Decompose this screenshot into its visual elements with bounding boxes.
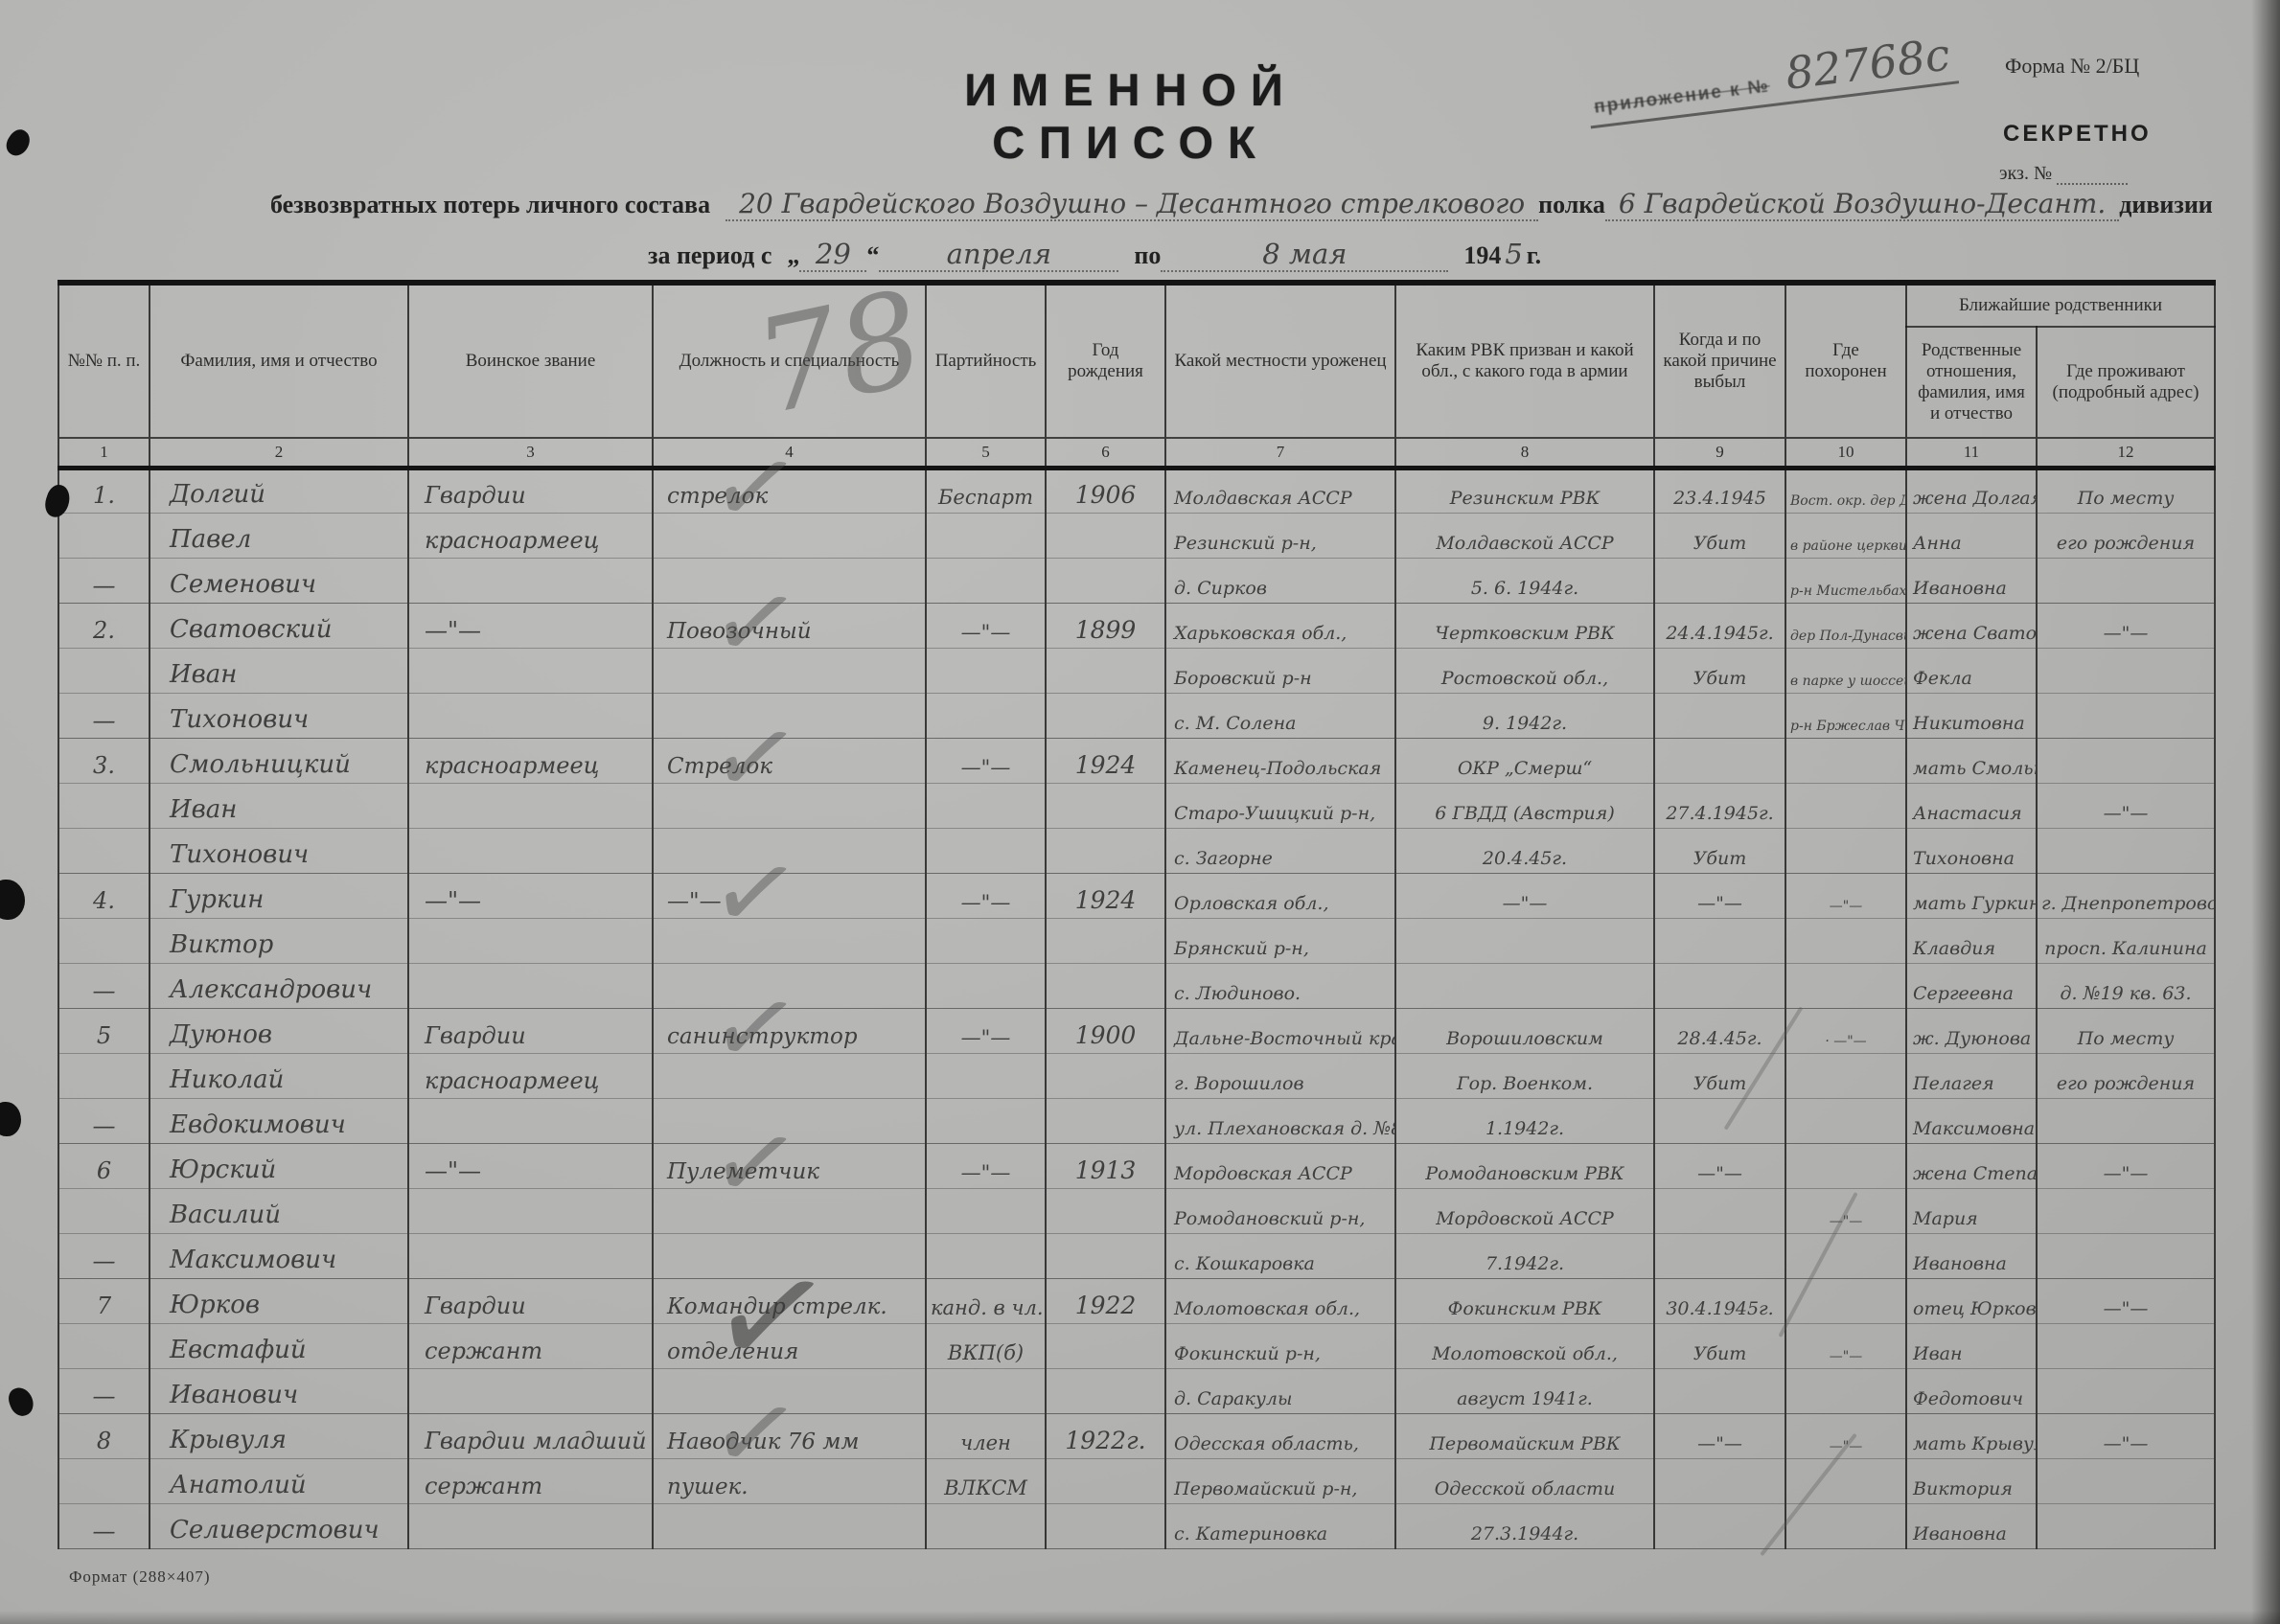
cell-num — [58, 514, 150, 559]
cell-address: его рождения — [2037, 514, 2215, 559]
cell-relative: жена Степанова — [1906, 1144, 2037, 1189]
secrecy-label: СЕКРЕТНО — [2003, 121, 2152, 148]
cell-casualty: 23.4.1945 — [1654, 469, 1785, 514]
cell-relative: жена Долгая — [1906, 469, 2037, 514]
page-title: ИМЕННОЙ СПИСОК — [805, 63, 1457, 169]
cell-rank: Гвардии — [408, 1009, 653, 1054]
cell-birth_year — [1046, 649, 1165, 694]
cell-party — [926, 559, 1046, 604]
cell-casualty — [1654, 964, 1785, 1009]
scanned-document-page: приложение к № 82768с Форма № 2/БЦ СЕКРЕ… — [0, 0, 2280, 1624]
cell-rank — [408, 1369, 653, 1414]
table-row-line: 8КрывуляГвардии младшийНаводчик 76 ммчле… — [58, 1414, 2215, 1459]
cell-party — [926, 1234, 1046, 1279]
cell-birth_year: 1899 — [1046, 604, 1165, 649]
cell-birthplace: Ромодановский р-н, — [1165, 1189, 1395, 1234]
cell-burial — [1785, 784, 1906, 829]
stamp-label: приложение к № — [1593, 76, 1771, 117]
cell-party: Беспарт — [926, 469, 1046, 514]
cell-birth_year — [1046, 784, 1165, 829]
cell-name: Крывуля — [150, 1414, 408, 1459]
table-row-line: 2.Сватовский—"—Повозочный—"—1899Харьковс… — [58, 604, 2215, 649]
cell-birthplace: Фокинский р-н, — [1165, 1324, 1395, 1369]
cell-casualty: 28.4.45г. — [1654, 1009, 1785, 1054]
cell-num: 3. — [58, 739, 150, 784]
cell-num — [58, 829, 150, 874]
cell-birthplace: г. Ворошилов — [1165, 1054, 1395, 1099]
cell-birthplace: Одесская область, — [1165, 1414, 1395, 1459]
cell-num: — — [58, 1504, 150, 1549]
cell-name: Василий — [150, 1189, 408, 1234]
cell-position — [653, 1504, 926, 1549]
cell-casualty — [1654, 1459, 1785, 1504]
cell-name: Семенович — [150, 559, 408, 604]
column-header: Партийность — [926, 283, 1046, 438]
cell-rank: —"— — [408, 874, 653, 919]
cell-address — [2037, 649, 2215, 694]
cell-num: — — [58, 964, 150, 1009]
cell-casualty: 30.4.1945г. — [1654, 1279, 1785, 1324]
table-row-line: —Евдокимовичул. Плехановская д. №81.1942… — [58, 1099, 2215, 1144]
cell-rank — [408, 919, 653, 964]
cell-address: его рождения — [2037, 1054, 2215, 1099]
cell-birth_year: 1922 — [1046, 1279, 1165, 1324]
cell-party — [926, 1054, 1046, 1099]
column-header: Где проживают (подробный адрес) — [2037, 327, 2215, 438]
cell-burial: · —"— — [1785, 1009, 1906, 1054]
cell-drafted: Резинским РВК — [1395, 469, 1654, 514]
cell-drafted: —"— — [1395, 874, 1654, 919]
cell-rank: —"— — [408, 1144, 653, 1189]
cell-burial — [1785, 1234, 1906, 1279]
cell-relative: Федотович — [1906, 1369, 2037, 1414]
cell-rank — [408, 784, 653, 829]
cell-num: 5 — [58, 1009, 150, 1054]
cell-num: — — [58, 1369, 150, 1414]
cell-birth_year — [1046, 1189, 1165, 1234]
cell-drafted: Ворошиловским — [1395, 1009, 1654, 1054]
cell-num — [58, 1189, 150, 1234]
cell-birth_year — [1046, 964, 1165, 1009]
cell-birth_year — [1046, 694, 1165, 739]
pencil-checkmark-icon: ✓ — [702, 563, 808, 682]
cell-birth_year: 1906 — [1046, 469, 1165, 514]
cell-num: — — [58, 694, 150, 739]
regiment-handwritten: 20 Гвардейского Воздушно – Десантного ст… — [725, 188, 1538, 221]
cell-party — [926, 784, 1046, 829]
cell-party: член — [926, 1414, 1046, 1459]
cell-birthplace: Молдавская АССР — [1165, 469, 1395, 514]
cell-birthplace: с. М. Солена — [1165, 694, 1395, 739]
division-handwritten: 6 Гвардейской Воздушно-Десант. — [1605, 188, 2119, 221]
cell-birthplace: ул. Плехановская д. №8 — [1165, 1099, 1395, 1144]
ink-blot — [6, 1384, 37, 1419]
cell-rank — [408, 829, 653, 874]
cell-party: —"— — [926, 604, 1046, 649]
cell-name: Смольницкий — [150, 739, 408, 784]
cell-relative: Фекла — [1906, 649, 2037, 694]
cell-burial — [1785, 1099, 1906, 1144]
cell-burial: —"— — [1785, 1414, 1906, 1459]
cell-relative: ж. Дуюнова — [1906, 1009, 2037, 1054]
cell-address — [2037, 1324, 2215, 1369]
cell-rank: Гвардии младший — [408, 1414, 653, 1459]
cell-drafted: Мордовской АССР — [1395, 1189, 1654, 1234]
cell-num: — — [58, 1234, 150, 1279]
cell-casualty: Убит — [1654, 829, 1785, 874]
cell-name: Сватовский — [150, 604, 408, 649]
cell-drafted: Ромодановским РВК — [1395, 1144, 1654, 1189]
scan-edge-shadow — [2251, 0, 2280, 1624]
cell-burial: —"— — [1785, 874, 1906, 919]
cell-num — [58, 1324, 150, 1369]
cell-burial — [1785, 964, 1906, 1009]
cell-name: Юрский — [150, 1144, 408, 1189]
cell-rank: —"— — [408, 604, 653, 649]
column-header: Родственные отношения, фамилия, имя и от… — [1906, 327, 2037, 438]
cell-num: 2. — [58, 604, 150, 649]
cell-rank: сержант — [408, 1459, 653, 1504]
cell-rank — [408, 1189, 653, 1234]
cell-casualty: 27.4.1945г. — [1654, 784, 1785, 829]
copy-number-blank — [2057, 166, 2128, 185]
cell-num — [58, 919, 150, 964]
cell-birthplace: с. Кошкаровка — [1165, 1234, 1395, 1279]
pencil-checkmark-icon: ✓ — [702, 698, 808, 817]
cell-name: Долгий — [150, 469, 408, 514]
cell-rank: Гвардии — [408, 1279, 653, 1324]
cell-casualty — [1654, 1234, 1785, 1279]
table-row-line: ИванСтаро-Ушицкий р-н,6 ГВДД (Австрия)27… — [58, 784, 2215, 829]
cell-num: — — [58, 1099, 150, 1144]
table-row-line: ПавелкрасноармеецРезинский р-н,Молдавско… — [58, 514, 2215, 559]
cell-party: —"— — [926, 739, 1046, 784]
cell-burial — [1785, 1144, 1906, 1189]
cell-num: 7 — [58, 1279, 150, 1324]
cell-birth_year — [1046, 1054, 1165, 1099]
table-row-line: ВасилийРомодановский р-н,Мордовской АССР… — [58, 1189, 2215, 1234]
column-number: 8 — [1395, 438, 1654, 469]
stamp-number: 82768с — [1783, 28, 1952, 100]
cell-birthplace: с. Загорне — [1165, 829, 1395, 874]
cell-num: 6 — [58, 1144, 150, 1189]
cell-drafted: Гор. Военком. — [1395, 1054, 1654, 1099]
cell-name: Селиверстович — [150, 1504, 408, 1549]
cell-name: Иван — [150, 649, 408, 694]
cell-name: Виктор — [150, 919, 408, 964]
cell-casualty: —"— — [1654, 874, 1785, 919]
cell-address — [2037, 1369, 2215, 1414]
cell-drafted: Первомайским РВК — [1395, 1414, 1654, 1459]
open-quote: „ — [787, 241, 799, 270]
cell-address — [2037, 694, 2215, 739]
cell-name: Иванович — [150, 1369, 408, 1414]
cell-party — [926, 1504, 1046, 1549]
cell-relative: Ивановна — [1906, 559, 2037, 604]
cell-birthplace: с. Людиново. — [1165, 964, 1395, 1009]
cell-drafted: 5. 6. 1944г. — [1395, 559, 1654, 604]
pencil-checkmark-icon: ✓ — [702, 1374, 808, 1493]
cell-party — [926, 514, 1046, 559]
cell-birth_year — [1046, 1324, 1165, 1369]
cell-birth_year — [1046, 514, 1165, 559]
cell-burial: дер Пол-Дунасвице с-Запад. окр — [1785, 604, 1906, 649]
cell-rank: Гвардии — [408, 469, 653, 514]
scan-edge-shadow-bottom — [0, 1611, 2280, 1624]
cell-party — [926, 1189, 1046, 1234]
cell-drafted — [1395, 964, 1654, 1009]
cell-address: По месту — [2037, 469, 2215, 514]
year-suffix: г. — [1527, 241, 1541, 270]
cell-address: —"— — [2037, 1279, 2215, 1324]
cell-drafted: 1.1942г. — [1395, 1099, 1654, 1144]
cell-rank: красноармеец — [408, 514, 653, 559]
cell-burial — [1785, 919, 1906, 964]
column-header: Воинское звание — [408, 283, 653, 438]
cell-birthplace: Первомайский р-н, — [1165, 1459, 1395, 1504]
cell-drafted: Молотовской обл., — [1395, 1324, 1654, 1369]
cell-rank — [408, 559, 653, 604]
cell-drafted: 7.1942г. — [1395, 1234, 1654, 1279]
pencil-checkmark-icon: ✓ — [702, 1104, 808, 1223]
cell-name: Тихонович — [150, 829, 408, 874]
cell-relative: Анна — [1906, 514, 2037, 559]
cell-birth_year: 1924 — [1046, 739, 1165, 784]
cell-drafted: ОКР „Смерш“ — [1395, 739, 1654, 784]
table-row-line: 6Юрский—"—Пулеметчик—"—1913Мордовская АС… — [58, 1144, 2215, 1189]
column-number: 2 — [150, 438, 408, 469]
cell-party: ВКП(б) — [926, 1324, 1046, 1369]
cell-name: Евдокимович — [150, 1099, 408, 1144]
cell-name: Гуркин — [150, 874, 408, 919]
cell-relative: отец Юрков — [1906, 1279, 2037, 1324]
cell-drafted — [1395, 919, 1654, 964]
cell-num — [58, 1459, 150, 1504]
column-number: 3 — [408, 438, 653, 469]
table-row-line: Анатолийсержантпушек.ВЛКСМПервомайский р… — [58, 1459, 2215, 1504]
table-row-line: 3.СмольницкийкрасноармеецСтрелок—"—1924К… — [58, 739, 2215, 784]
division-label: дивизии — [2119, 191, 2213, 219]
cell-party — [926, 1369, 1046, 1414]
cell-name: Иван — [150, 784, 408, 829]
cell-rank: сержант — [408, 1324, 653, 1369]
cell-casualty: Убит — [1654, 514, 1785, 559]
cell-drafted: август 1941г. — [1395, 1369, 1654, 1414]
cell-burial — [1785, 1504, 1906, 1549]
cell-birthplace: Резинский р-н, — [1165, 514, 1395, 559]
cell-casualty — [1654, 1504, 1785, 1549]
table-row-line: Николайкрасноармеецг. ВорошиловГор. Воен… — [58, 1054, 2215, 1099]
copy-number-line: экз. № — [1999, 163, 2128, 185]
cell-name: Дуюнов — [150, 1009, 408, 1054]
cell-birthplace: Орловская обл., — [1165, 874, 1395, 919]
cell-burial: —"— — [1785, 1324, 1906, 1369]
table-row-line: 1.ДолгийГвардиистрелокБеспарт1906Молдавс… — [58, 469, 2215, 514]
cell-drafted: Молдавской АССР — [1395, 514, 1654, 559]
cell-address — [2037, 559, 2215, 604]
cell-birthplace: Харьковская обл., — [1165, 604, 1395, 649]
cell-birth_year — [1046, 919, 1165, 964]
cell-relative: Виктория — [1906, 1459, 2037, 1504]
cell-birthplace: Брянский р-н, — [1165, 919, 1395, 964]
cell-birth_year — [1046, 1504, 1165, 1549]
cell-address — [2037, 829, 2215, 874]
cell-burial: в парке у шоссейной дороги. — [1785, 649, 1906, 694]
cell-address — [2037, 739, 2215, 784]
cell-birthplace: Боровский р-н — [1165, 649, 1395, 694]
cell-burial: в районе церкви — [1785, 514, 1906, 559]
cell-party: —"— — [926, 1144, 1046, 1189]
pencil-checkmark-icon: ✓ — [702, 969, 808, 1087]
cell-burial: Вост. окр. дер Добройлах — [1785, 469, 1906, 514]
table-row-line: ВикторБрянский р-н,Клавдияпросп. Калинин… — [58, 919, 2215, 964]
period-label: за период с — [648, 241, 772, 270]
cell-birthplace: Мордовская АССР — [1165, 1144, 1395, 1189]
cell-relative: Иван — [1906, 1324, 2037, 1369]
cell-relative: Максимовна — [1906, 1099, 2037, 1144]
table-row-line: —Селиверстовичс. Катериновка27.3.1944г.И… — [58, 1504, 2215, 1549]
cell-casualty: 24.4.1945г. — [1654, 604, 1785, 649]
cell-address: д. №19 кв. 63. — [2037, 964, 2215, 1009]
cell-address — [2037, 1234, 2215, 1279]
cell-drafted: 6 ГВДД (Австрия) — [1395, 784, 1654, 829]
period-to-date: 8 мая — [1161, 238, 1448, 272]
cell-relative: Анастасия — [1906, 784, 2037, 829]
ink-blot — [0, 1102, 21, 1136]
cell-casualty: Убит — [1654, 1324, 1785, 1369]
cell-casualty — [1654, 559, 1785, 604]
table-row-line: 7ЮрковГвардииКомандир стрелк.канд. в чл.… — [58, 1279, 2215, 1324]
cell-name: Максимович — [150, 1234, 408, 1279]
column-header: №№ п. п. — [58, 283, 150, 438]
column-header: Фамилия, имя и отчество — [150, 283, 408, 438]
cell-burial — [1785, 829, 1906, 874]
form-number: Форма № 2/БЦ — [2005, 54, 2139, 79]
cell-casualty — [1654, 919, 1785, 964]
cell-burial — [1785, 1369, 1906, 1414]
cell-burial — [1785, 739, 1906, 784]
table-row-line: ЕвстафийсержантотделенияВКП(б)Фокинский … — [58, 1324, 2215, 1369]
cell-party — [926, 1099, 1046, 1144]
cell-birth_year — [1046, 559, 1165, 604]
cell-num — [58, 649, 150, 694]
cell-birth_year — [1046, 1459, 1165, 1504]
cell-birth_year — [1046, 1234, 1165, 1279]
cell-address: г. Днепропетровск — [2037, 874, 2215, 919]
subtitle-line: безвозвратных потерь личного состава 20 … — [270, 188, 2213, 221]
column-number: 7 — [1165, 438, 1395, 469]
cell-party: канд. в чл. — [926, 1279, 1046, 1324]
cell-num: 1. — [58, 469, 150, 514]
cell-drafted: Одесской области — [1395, 1459, 1654, 1504]
cell-party — [926, 649, 1046, 694]
cell-address — [2037, 1459, 2215, 1504]
table-row-line: —Александровичс. Людиново.Сергеевнад. №1… — [58, 964, 2215, 1009]
cell-name: Александрович — [150, 964, 408, 1009]
cell-relative: Сергеевна — [1906, 964, 2037, 1009]
cell-birthplace: с. Катериновка — [1165, 1504, 1395, 1549]
cell-birthplace: д. Сирков — [1165, 559, 1395, 604]
cell-party — [926, 964, 1046, 1009]
cell-num: 4. — [58, 874, 150, 919]
cell-rank — [408, 1504, 653, 1549]
period-from-month: апреля — [879, 238, 1118, 272]
cell-birth_year: 1922г. — [1046, 1414, 1165, 1459]
cell-address: —"— — [2037, 784, 2215, 829]
casualty-table: №№ п. п.Фамилия, имя и отчествоВоинское … — [58, 280, 2216, 1549]
column-number: 10 — [1785, 438, 1906, 469]
cell-address: —"— — [2037, 1414, 2215, 1459]
table-row-line: 4.Гуркин—"——"——"—1924Орловская обл.,—"——… — [58, 874, 2215, 919]
period-line: за период с „ 29 “ апреля по 8 мая 194 5… — [648, 238, 1541, 272]
cell-num — [58, 1054, 150, 1099]
cell-party: —"— — [926, 874, 1046, 919]
cell-drafted: 27.3.1944г. — [1395, 1504, 1654, 1549]
cell-address — [2037, 1504, 2215, 1549]
cell-burial: р-н Бржеслав Чехословакия — [1785, 694, 1906, 739]
cell-casualty: —"— — [1654, 1144, 1785, 1189]
cell-drafted: Чертковским РВК — [1395, 604, 1654, 649]
cell-birthplace: Каменец-Подольская — [1165, 739, 1395, 784]
pencil-checkmark-icon: ✓ — [702, 834, 808, 952]
column-header: Год рождения — [1046, 283, 1165, 438]
cell-party: —"— — [926, 1009, 1046, 1054]
cell-relative: Мария — [1906, 1189, 2037, 1234]
cell-burial — [1785, 1054, 1906, 1099]
cell-name: Евстафий — [150, 1324, 408, 1369]
cell-address: —"— — [2037, 604, 2215, 649]
cell-drafted: 20.4.45г. — [1395, 829, 1654, 874]
cell-party: ВЛКСМ — [926, 1459, 1046, 1504]
year-printed: 194 — [1463, 241, 1501, 270]
cell-burial: р-н Мистельбах Австрия. — [1785, 559, 1906, 604]
table-row-line: —Ивановичд. Саракулыавгуст 1941г.Федотов… — [58, 1369, 2215, 1414]
cell-birth_year: 1900 — [1046, 1009, 1165, 1054]
column-number: 6 — [1046, 438, 1165, 469]
copy-number-label: экз. № — [1999, 163, 2052, 184]
pencil-checkmark-icon: ✓ — [702, 428, 808, 547]
cell-rank — [408, 649, 653, 694]
cell-casualty — [1654, 694, 1785, 739]
cell-birthplace: Молотовская обл., — [1165, 1279, 1395, 1324]
year-handwritten: 5 — [1501, 238, 1526, 270]
cell-name: Николай — [150, 1054, 408, 1099]
cell-relative: Пелагея — [1906, 1054, 2037, 1099]
cell-drafted: 9. 1942г. — [1395, 694, 1654, 739]
column-number: 11 — [1906, 438, 2037, 469]
format-note: Формат (288×407) — [69, 1567, 211, 1587]
cell-casualty — [1654, 739, 1785, 784]
cell-birthplace: Дальне-Восточный край — [1165, 1009, 1395, 1054]
cell-name: Павел — [150, 514, 408, 559]
cell-address: просп. Калинина — [2037, 919, 2215, 964]
cell-relative: мать Смольницкая — [1906, 739, 2037, 784]
cell-birth_year — [1046, 1099, 1165, 1144]
column-number: 5 — [926, 438, 1046, 469]
cell-relative: Ивановна — [1906, 1504, 2037, 1549]
cell-name: Анатолий — [150, 1459, 408, 1504]
cell-casualty — [1654, 1099, 1785, 1144]
cell-rank — [408, 694, 653, 739]
column-header: Каким РВК призван и какой обл., с какого… — [1395, 283, 1654, 438]
cell-num — [58, 784, 150, 829]
subtitle-prefix: безвозвратных потерь личного состава — [270, 191, 710, 219]
cell-address: —"— — [2037, 1144, 2215, 1189]
cell-birth_year — [1046, 829, 1165, 874]
cell-rank: красноармеец — [408, 1054, 653, 1099]
cell-rank — [408, 964, 653, 1009]
column-number: 12 — [2037, 438, 2215, 469]
